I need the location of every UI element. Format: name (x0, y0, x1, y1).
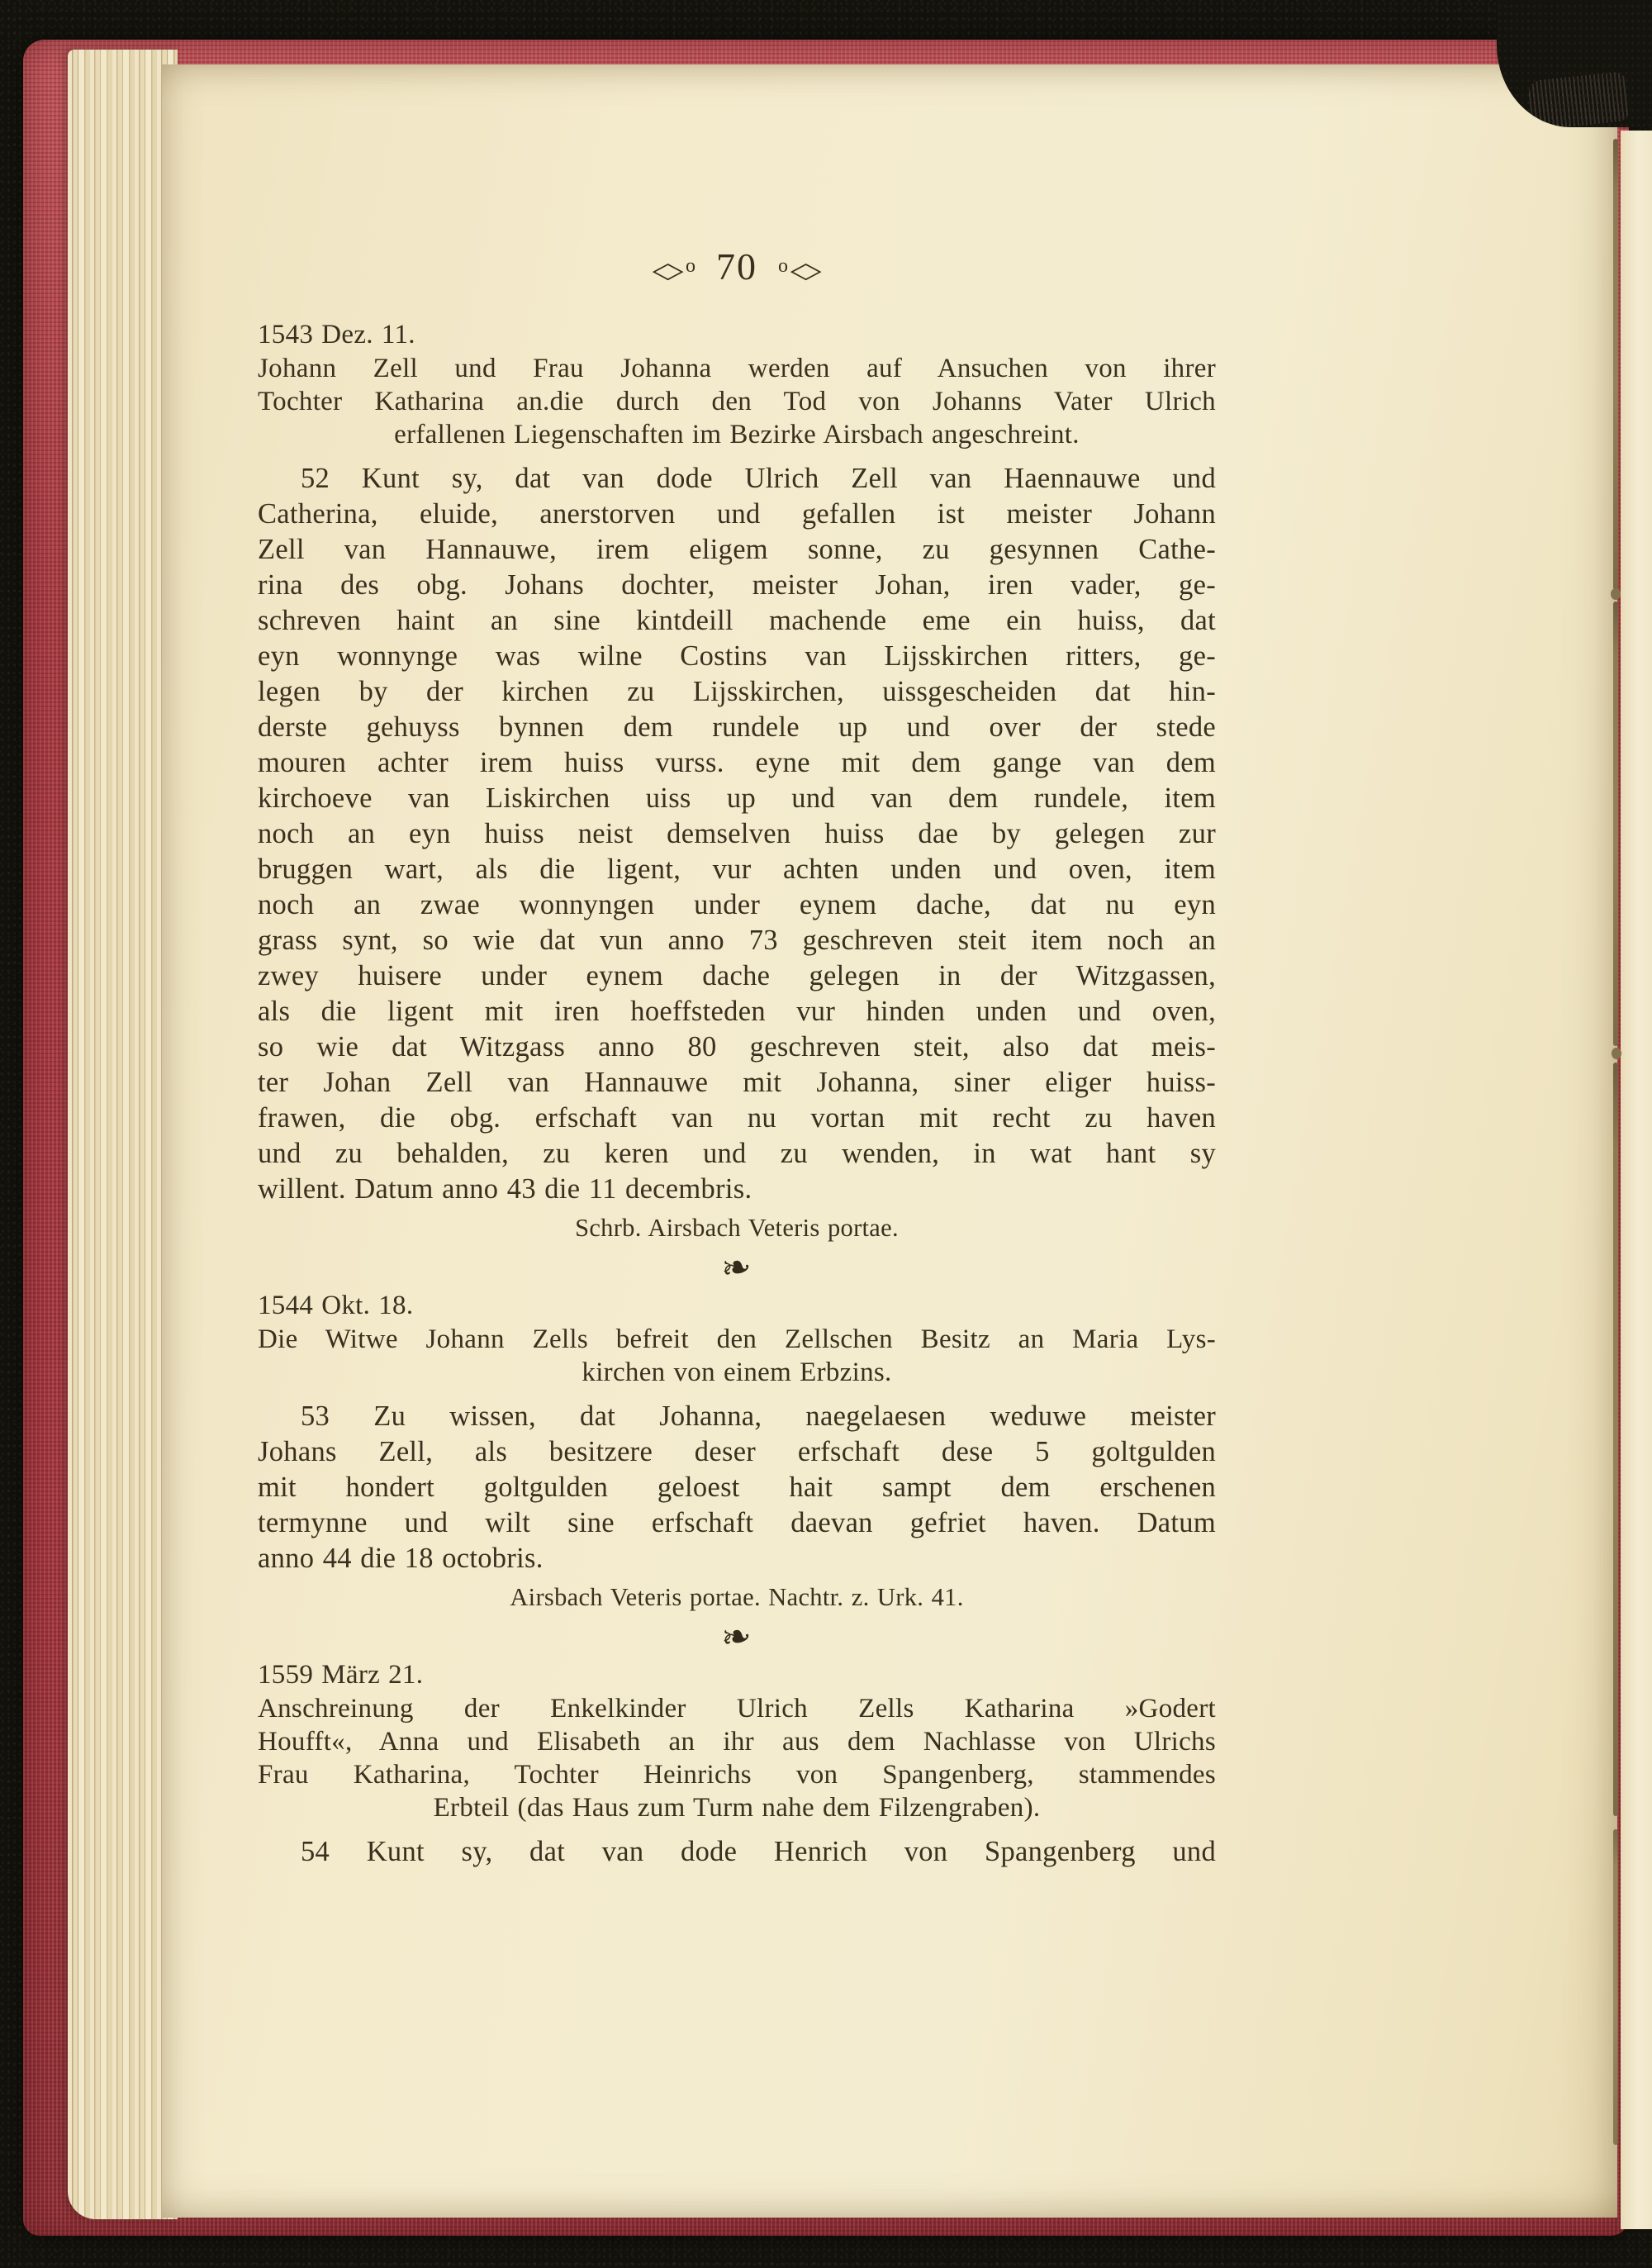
page-number: 70 (716, 245, 757, 288)
body-line: noch an eyn huiss neist demselven huiss … (258, 816, 1216, 852)
fleuron-ornament-icon: ❧ (258, 1621, 1216, 1657)
entry-source-note: Schrb. Airsbach Veteris portae. (258, 1212, 1216, 1243)
regest-line: Johann Zell und Frau Johanna werden auf … (258, 352, 1216, 385)
body-line: kirchoeve van Liskirchen uiss up und van… (258, 781, 1216, 816)
body-line: Zell van Hannauwe, irem eligem sonne, zu… (258, 532, 1216, 568)
entry-regest: Anschreinung der Enkelkinder Ulrich Zell… (258, 1692, 1216, 1824)
body-line: legen by der kirchen zu Lijsskirchen, ui… (258, 674, 1216, 710)
body-line: und zu behalden, zu keren und zu wenden,… (258, 1136, 1216, 1172)
binding-thread (1613, 1829, 1618, 2145)
body-line: Catherina, eluide, anerstorven und gefal… (258, 497, 1216, 532)
regest-line: Houfft«, Anna und Elisabeth an ihr aus d… (258, 1725, 1216, 1758)
binding-thread-knot (1611, 588, 1621, 600)
body-line: termynne und wilt sine erfschaft daevan … (258, 1505, 1216, 1541)
entry-body: 54 Kunt sy, dat van dode Henrich von Spa… (258, 1834, 1216, 1870)
body-line: derste gehuyss bynnen dem rundele up und… (258, 710, 1216, 745)
binding-thread (1613, 601, 1618, 1046)
entry-body: 52 Kunt sy, dat van dode Ulrich Zell van… (258, 461, 1216, 1207)
entry-body: 53 Zu wissen, dat Johanna, naegelaesen w… (258, 1399, 1216, 1576)
regest-line: Die Witwe Johann Zells befreit den Zells… (258, 1323, 1216, 1356)
binding-thread (1613, 1063, 1618, 1816)
body-line: ter Johan Zell van Hannauwe mit Johanna,… (258, 1065, 1216, 1101)
header-left-ornament: ◇o (657, 269, 703, 283)
diamond-icon: ◇ (790, 257, 822, 283)
charter-entry-1543-dez-11: 1543 Dez. 11.Johann Zell und Frau Johann… (258, 317, 1216, 1243)
body-line: rina des obg. Johans dochter, meister Jo… (258, 568, 1216, 603)
entry-date: 1559 März 21. (258, 1657, 1216, 1692)
fleuron-glyph: ❧ (719, 1619, 754, 1657)
entry-regest: Die Witwe Johann Zells befreit den Zells… (258, 1323, 1216, 1389)
binding-thread (1613, 139, 1618, 590)
text-block: 1543 Dez. 11.Johann Zell und Frau Johann… (258, 317, 1216, 1870)
charter-entry-1544-okt-18: ❧1544 Okt. 18.Die Witwe Johann Zells bef… (258, 1252, 1216, 1613)
body-line: 54 Kunt sy, dat van dode Henrich von Spa… (258, 1834, 1216, 1870)
body-line: grass synt, so wie dat vun anno 73 gesch… (258, 923, 1216, 958)
header-right-ornament: o◇ (771, 269, 816, 283)
regest-line: Frau Katharina, Tochter Heinrichs von Sp… (258, 1758, 1216, 1791)
small-o-ornament: o (778, 255, 788, 277)
body-line: 53 Zu wissen, dat Johanna, naegelaesen w… (258, 1399, 1216, 1434)
body-line: so wie dat Witzgass anno 80 geschreven s… (258, 1029, 1216, 1065)
fleuron-glyph: ❧ (719, 1250, 754, 1287)
body-line: willent. Datum anno 43 die 11 decembris. (258, 1172, 1216, 1207)
diamond-icon: ◇ (652, 257, 683, 283)
body-line: 52 Kunt sy, dat van dode Ulrich Zell van… (258, 461, 1216, 497)
regest-line: erfallenen Liegenschaften im Bezirke Air… (258, 418, 1216, 451)
regest-line: Tochter Katharina an.die durch den Tod v… (258, 385, 1216, 418)
regest-line: Erbteil (das Haus zum Turm nahe dem Filz… (258, 1791, 1216, 1824)
entry-source-note: Airsbach Veteris portae. Nachtr. z. Urk.… (258, 1581, 1216, 1613)
cover-corner-tab (1527, 71, 1631, 131)
entry-date: 1544 Okt. 18. (258, 1288, 1216, 1323)
body-line: als die ligent mit iren hoeffsteden vur … (258, 994, 1216, 1029)
body-line: noch an zwae wonnyngen under eynem dache… (258, 887, 1216, 923)
body-line: eyn wonnynge was wilne Costins van Lijss… (258, 639, 1216, 674)
body-line: mit hondert goltgulden geloest hait samp… (258, 1470, 1216, 1505)
fleuron-ornament-icon: ❧ (258, 1252, 1216, 1288)
body-line: frawen, die obg. erfschaft van nu vortan… (258, 1101, 1216, 1136)
entry-regest: Johann Zell und Frau Johanna werden auf … (258, 352, 1216, 451)
entry-date: 1543 Dez. 11. (258, 317, 1216, 352)
body-line: zwey huisere under eynem dache gelegen i… (258, 958, 1216, 994)
book-photo-scene: ◇o70o◇ 1543 Dez. 11.Johann Zell und Frau… (0, 0, 1652, 2268)
body-line: schreven haint an sine kintdeill machend… (258, 603, 1216, 639)
page-header: ◇o70o◇ (258, 245, 1216, 288)
small-o-ornament: o (686, 255, 695, 277)
binding-thread-knot (1612, 1048, 1621, 1059)
body-line: mouren achter irem huiss vurss. eyne mit… (258, 745, 1216, 781)
facing-page-strip (1621, 131, 1652, 2229)
charter-entry-1559-maerz-21: ❧1559 März 21.Anschreinung der Enkelkind… (258, 1621, 1216, 1870)
regest-line: kirchen von einem Erbzins. (258, 1356, 1216, 1389)
regest-line: Anschreinung der Enkelkinder Ulrich Zell… (258, 1692, 1216, 1725)
body-line: bruggen wart, als die ligent, vur achten… (258, 852, 1216, 887)
body-line: anno 44 die 18 octobris. (258, 1541, 1216, 1576)
body-line: Johans Zell, als besitzere deser erfscha… (258, 1434, 1216, 1470)
